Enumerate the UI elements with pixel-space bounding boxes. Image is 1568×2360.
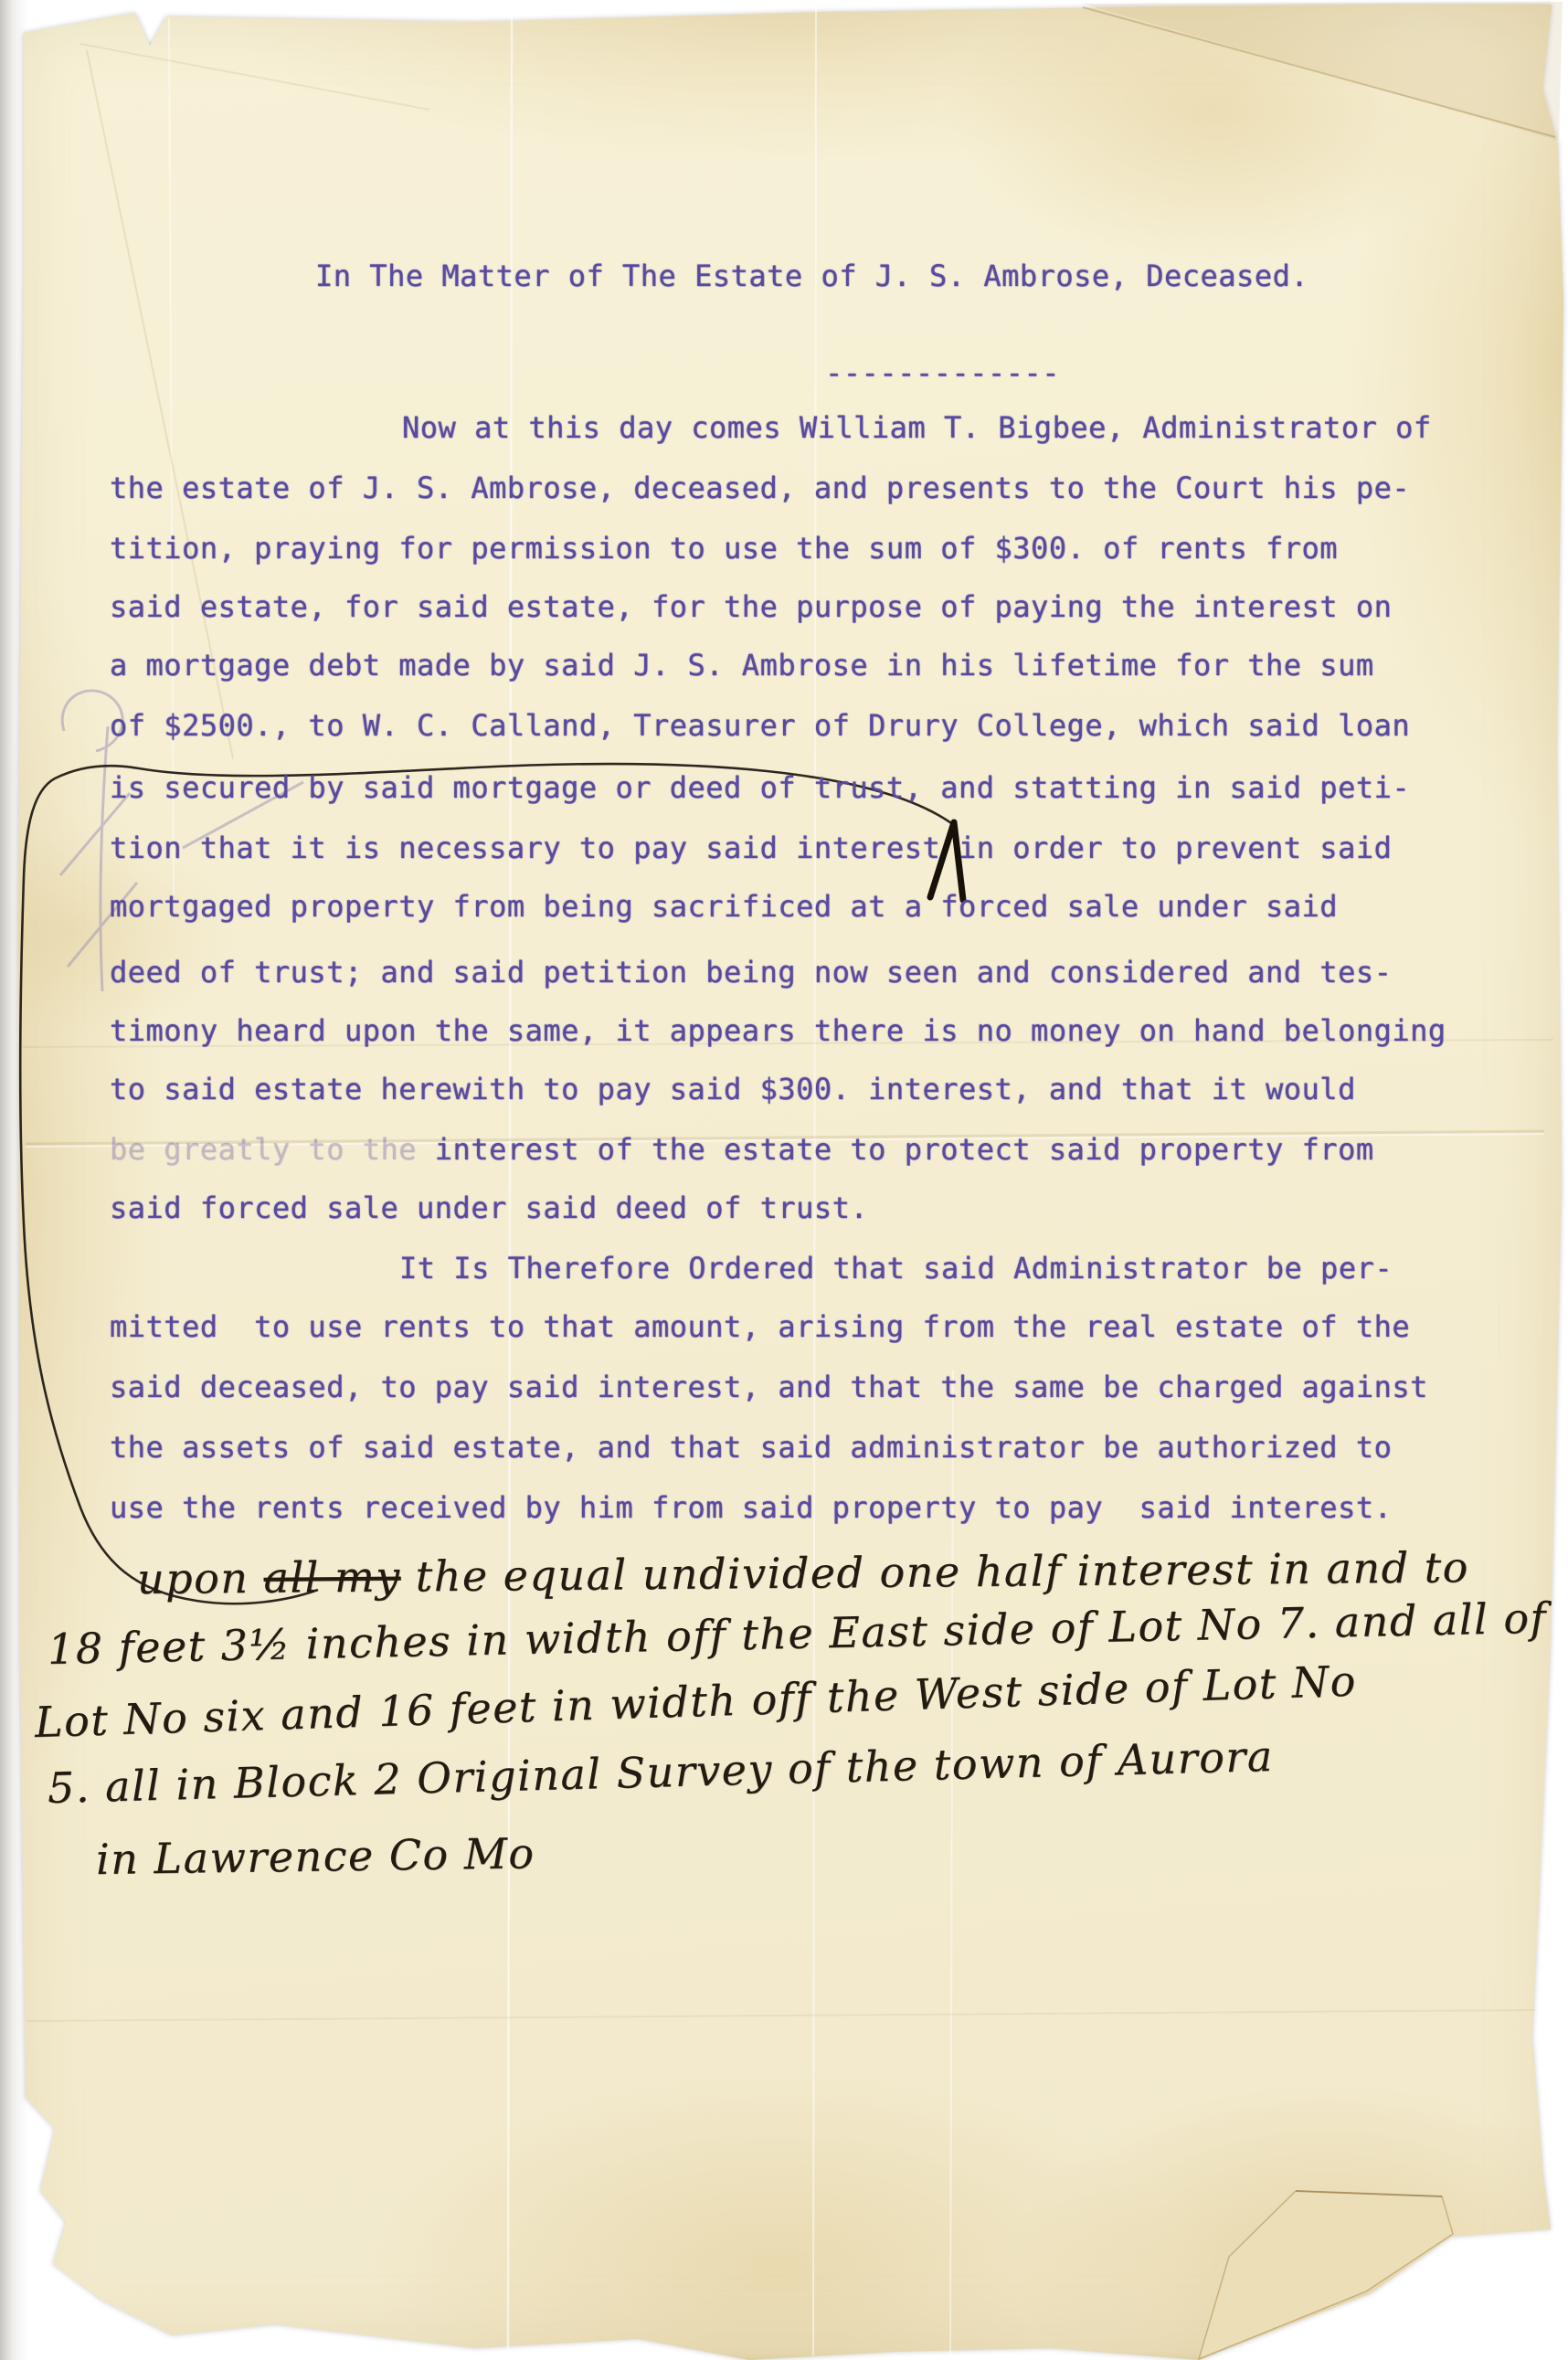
typed-line: is secured by said mortgage or deed of t… bbox=[110, 773, 1410, 802]
typed-line: the estate of J. S. Ambrose, deceased, a… bbox=[110, 473, 1410, 503]
faded-fold-text: be greatly to the bbox=[110, 1132, 435, 1167]
typed-line: said deceased, to pay said interest, and… bbox=[110, 1372, 1428, 1402]
handwritten-line: in Lawrence Co Mo bbox=[96, 1832, 535, 1880]
paper-sheet bbox=[0, 0, 1568, 2360]
typed-line: tion that it is necessary to pay said in… bbox=[110, 833, 1392, 863]
typed-line: said forced sale under said deed of trus… bbox=[110, 1193, 868, 1222]
handwritten-line: upon all my the equal undivided one half… bbox=[137, 1546, 1469, 1600]
typed-line: said estate, for said estate, for the pu… bbox=[110, 592, 1392, 621]
hw-text: upon bbox=[137, 1553, 264, 1603]
typed-line: to said estate herewith to pay said $300… bbox=[110, 1074, 1356, 1104]
typed-line: the assets of said estate, and that said… bbox=[110, 1433, 1392, 1462]
typed-line: timony heard upon the same, it appears t… bbox=[110, 1016, 1446, 1045]
document-title: In The Matter of The Estate of J. S. Amb… bbox=[315, 261, 1308, 291]
typed-line-rest: interest of the estate to protect said p… bbox=[435, 1132, 1374, 1167]
typed-line: of $2500., to W. C. Calland, Treasurer o… bbox=[110, 711, 1410, 740]
paper-shadow-wrap bbox=[0, 0, 1568, 2360]
typed-line: mortgaged property from being sacrificed… bbox=[110, 892, 1338, 921]
typed-line: mitted to use rents to that amount, aris… bbox=[110, 1312, 1410, 1341]
typed-line: a mortgage debt made by said J. S. Ambro… bbox=[110, 651, 1374, 680]
typed-line: It Is Therefore Ordered that said Admini… bbox=[399, 1254, 1393, 1283]
typed-line: use the rents received by him from said … bbox=[110, 1493, 1392, 1522]
dashed-separator: ------------- bbox=[825, 358, 1060, 387]
typed-line-faded: be greatly to the interest of the estate… bbox=[110, 1135, 1374, 1164]
hw-struck-text: all my bbox=[263, 1551, 401, 1602]
typed-line: tition, praying for permission to use th… bbox=[110, 534, 1338, 563]
typed-line: Now at this day comes William T. Bigbee,… bbox=[402, 413, 1432, 442]
typed-line: deed of trust; and said petition being n… bbox=[110, 958, 1392, 987]
scanned-document: In The Matter of The Estate of J. S. Amb… bbox=[0, 0, 1568, 2360]
hw-text: the equal undivided one half interest in… bbox=[400, 1542, 1469, 1601]
